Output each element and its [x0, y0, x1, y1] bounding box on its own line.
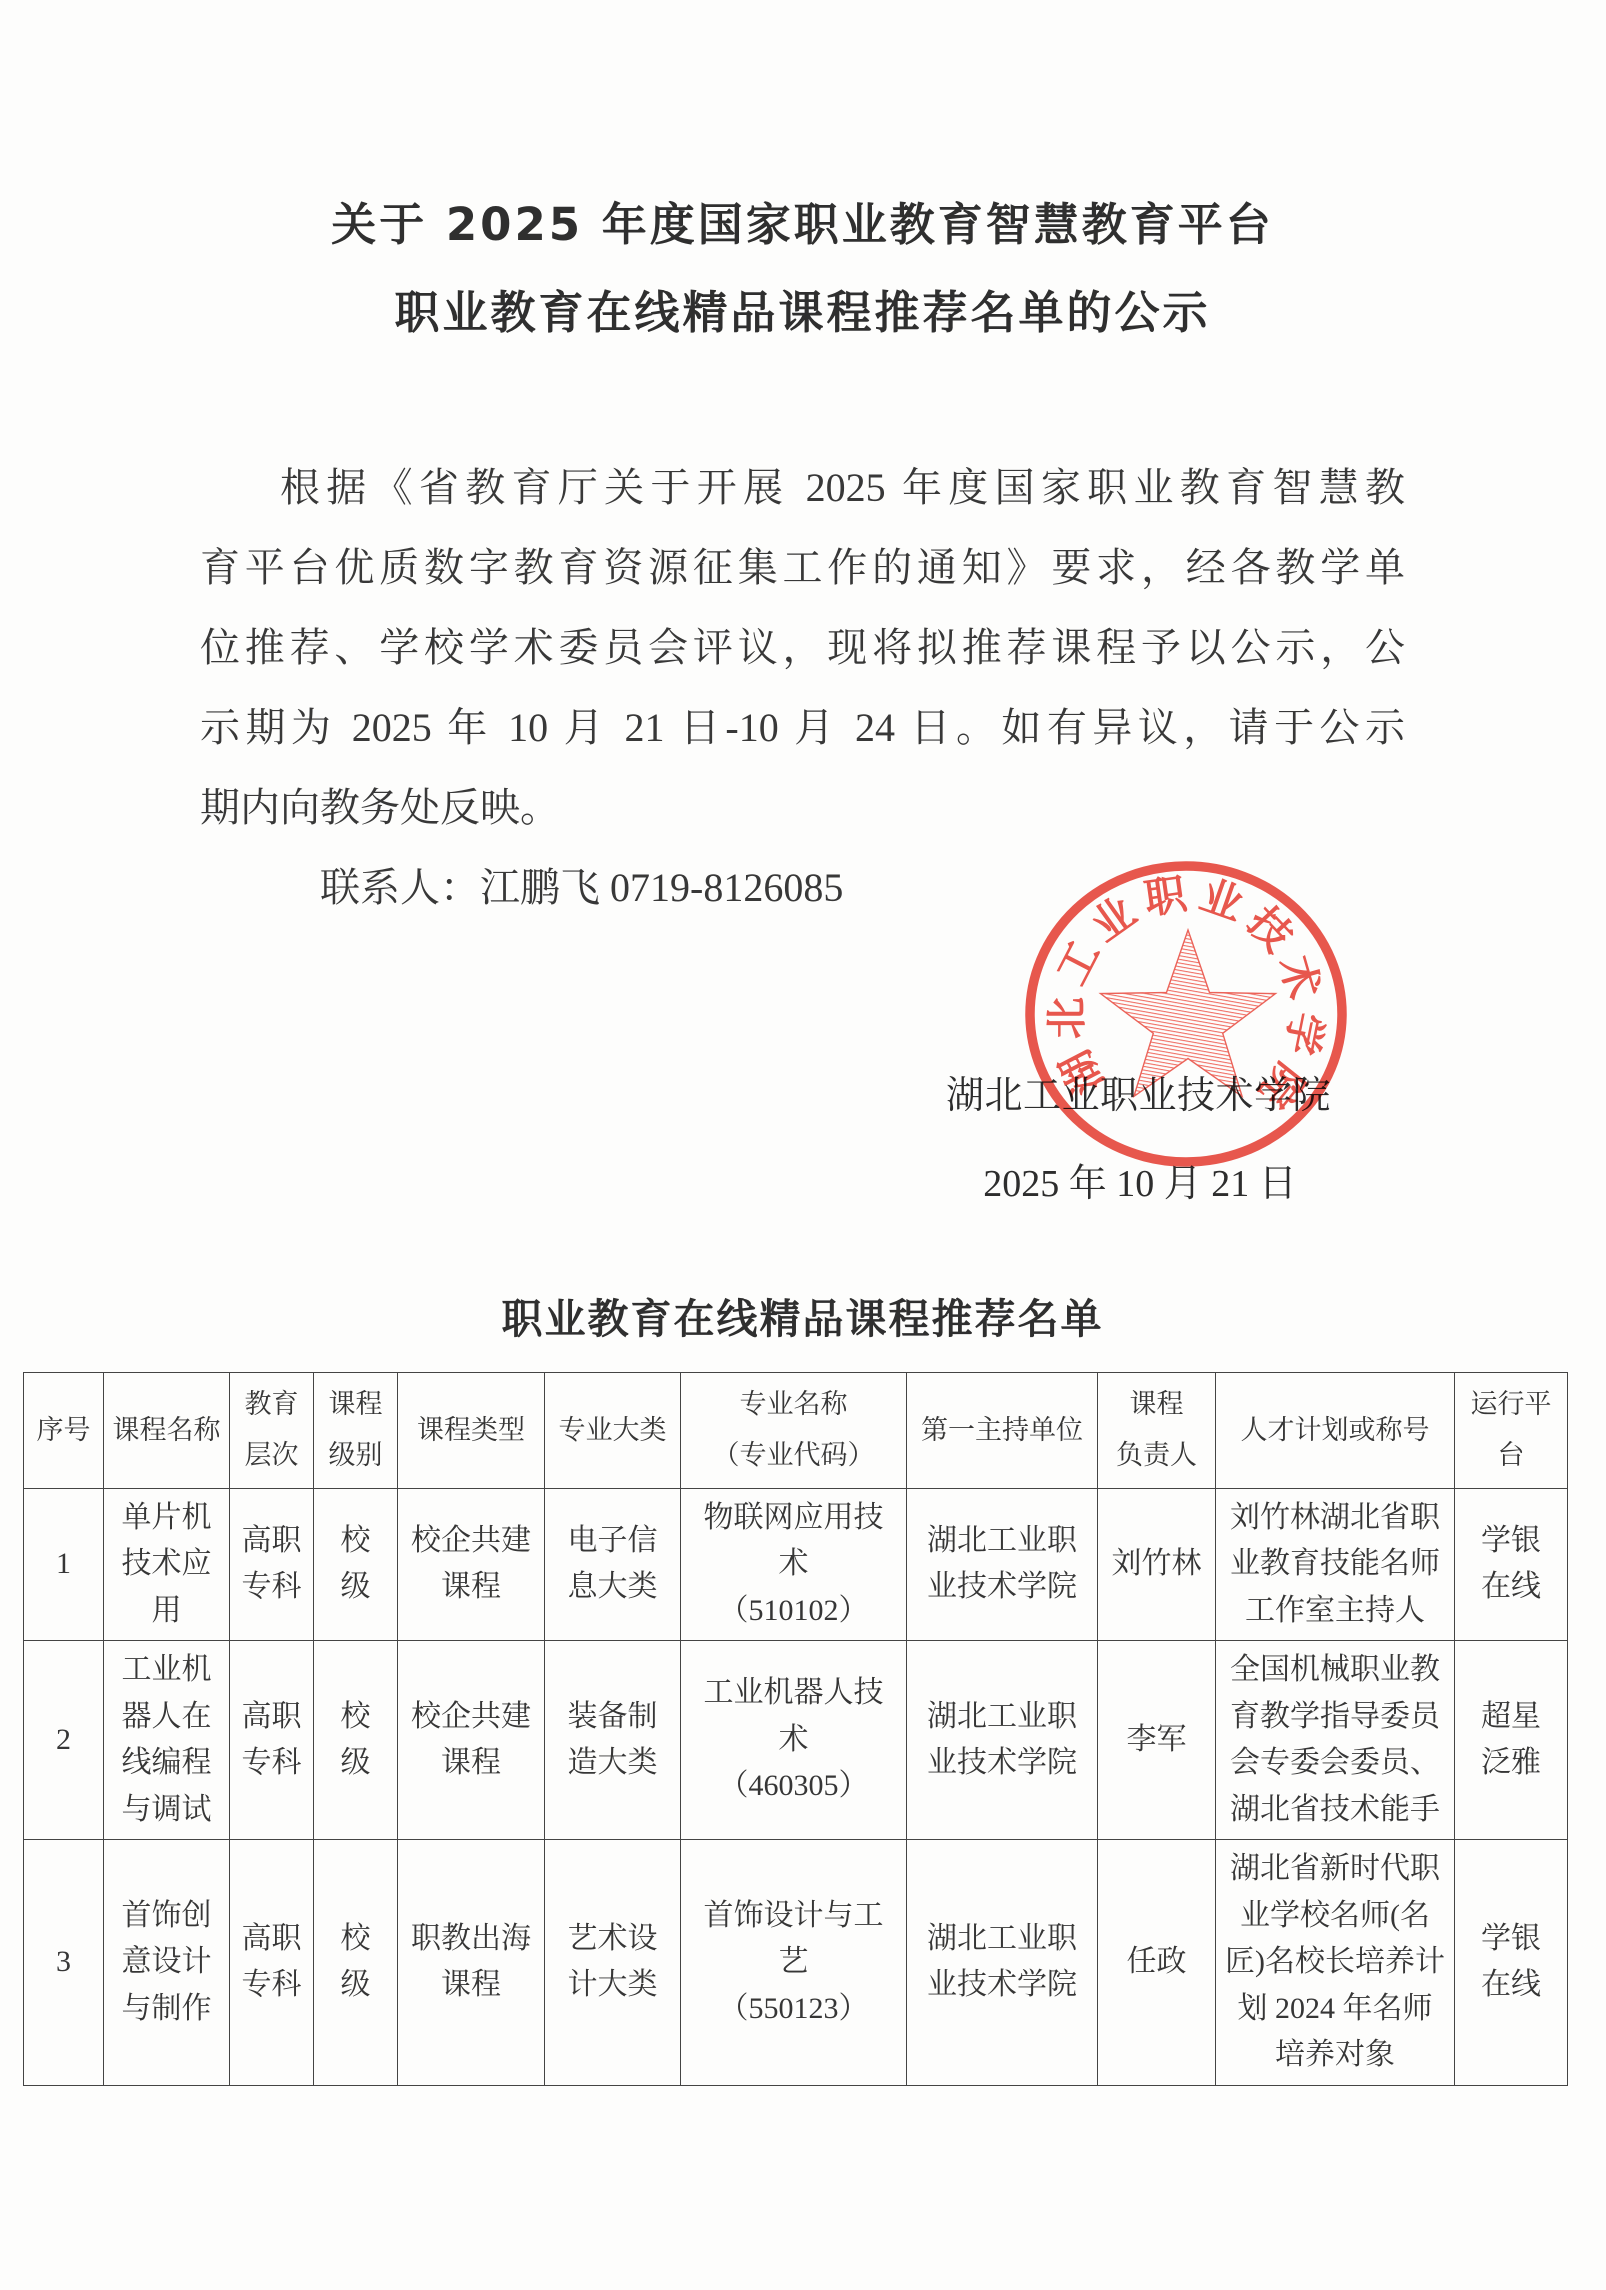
cell-edu-level: 高职专科 [230, 1840, 314, 2086]
table-row: 2 工业机器人在线编程与调试 高职专科 校 级 校企共建课程 装备制造大类 工业… [24, 1641, 1568, 1840]
cell-course-type: 职教出海课程 [398, 1840, 545, 2086]
header-course: 课程名称 [104, 1373, 230, 1489]
cell-major-group: 电子信息大类 [545, 1488, 681, 1641]
cell-course-rank: 校 级 [314, 1840, 398, 2086]
cell-course-type: 校企共建课程 [398, 1641, 545, 1840]
document-title-line2: 职业教育在线精品课程推荐名单的公示 [200, 276, 1405, 341]
header-major-name: 专业名称 （专业代码） [681, 1373, 907, 1489]
cell-seq: 3 [24, 1840, 104, 2086]
table-row: 3 首饰创意设计与制作 高职专科 校 级 职教出海课程 艺术设计大类 首饰设计与… [24, 1840, 1568, 2086]
cell-major-name: 工业机器人技术 （460305） [681, 1641, 907, 1840]
table-header-row: 序号 课程名称 教育 层次 课程 级别 课程类型 专业大类 专业名称 （专业代码… [24, 1373, 1568, 1489]
cell-platform: 学银 在线 [1455, 1488, 1568, 1641]
cell-major-name: 首饰设计与工艺 （550123） [681, 1840, 907, 2086]
issuer-signature: 湖北工业职业技术学院 [946, 1064, 1318, 1119]
body-line: 期内向教务处反映。 [200, 768, 1405, 848]
cell-host-unit: 湖北工业职业技术学院 [907, 1641, 1098, 1840]
course-table: 序号 课程名称 教育 层次 课程 级别 课程类型 专业大类 专业名称 （专业代码… [23, 1372, 1568, 2086]
header-platform: 运行平台 [1455, 1373, 1568, 1489]
cell-major-name: 物联网应用技术 （510102） [681, 1488, 907, 1641]
official-seal: 湖北工业职业技术学院 [1021, 855, 1351, 1173]
document-page: 关于 2025 年度国家职业教育智慧教育平台 职业教育在线精品课程推荐名单的公示… [0, 0, 1606, 2290]
cell-edu-level: 高职专科 [230, 1641, 314, 1840]
cell-leader: 刘竹林 [1098, 1488, 1216, 1641]
cell-course-type: 校企共建课程 [398, 1488, 545, 1641]
cell-talent: 全国机械职业教育教学指导委员会专委会委员、湖北省技术能手 [1216, 1641, 1455, 1840]
body-line: 位推荐、学校学术委员会评议，现将拟推荐课程予以公示，公 [200, 608, 1405, 688]
cell-leader: 李军 [1098, 1641, 1216, 1840]
cell-host-unit: 湖北工业职业技术学院 [907, 1488, 1098, 1641]
header-talent: 人才计划或称号 [1216, 1373, 1455, 1489]
cell-seq: 2 [24, 1641, 104, 1840]
cell-course: 单片机技术应用 [104, 1488, 230, 1641]
header-edu-level: 教育 层次 [230, 1373, 314, 1489]
body-line: 根据《省教育厅关于开展 2025 年度国家职业教育智慧教 [200, 448, 1405, 528]
issue-date: 2025 年 10 月 21 日 [980, 1152, 1300, 1207]
body-line: 示期为 2025 年 10 月 21 日-10 月 24 日。如有异议，请于公示 [200, 688, 1405, 768]
cell-course-rank: 校 级 [314, 1641, 398, 1840]
cell-host-unit: 湖北工业职业技术学院 [907, 1840, 1098, 2086]
table-title: 职业教育在线精品课程推荐名单 [200, 1286, 1405, 1345]
header-host-unit: 第一主持单位 [907, 1373, 1098, 1489]
header-seq: 序号 [24, 1373, 104, 1489]
document-title-line1: 关于 2025 年度国家职业教育智慧教育平台 [200, 188, 1405, 253]
cell-platform: 超星 泛雅 [1455, 1641, 1568, 1840]
cell-course: 首饰创意设计与制作 [104, 1840, 230, 2086]
cell-talent: 湖北省新时代职业学校名师(名匠)名校长培养计划 2024 年名师培养对象 [1216, 1840, 1455, 2086]
cell-course-rank: 校 级 [314, 1488, 398, 1641]
body-line: 育平台优质数字教育资源征集工作的通知》要求，经各教学单 [200, 528, 1405, 608]
cell-leader: 任政 [1098, 1840, 1216, 2086]
cell-edu-level: 高职专科 [230, 1488, 314, 1641]
cell-course: 工业机器人在线编程与调试 [104, 1641, 230, 1840]
cell-seq: 1 [24, 1488, 104, 1641]
cell-talent: 刘竹林湖北省职业教育技能名师工作室主持人 [1216, 1488, 1455, 1641]
cell-major-group: 装备制造大类 [545, 1641, 681, 1840]
header-major-group: 专业大类 [545, 1373, 681, 1489]
header-course-type: 课程类型 [398, 1373, 545, 1489]
cell-platform: 学银 在线 [1455, 1840, 1568, 2086]
header-course-rank: 课程 级别 [314, 1373, 398, 1489]
cell-major-group: 艺术设计大类 [545, 1840, 681, 2086]
header-leader: 课程 负责人 [1098, 1373, 1216, 1489]
table-row: 1 单片机技术应用 高职专科 校 级 校企共建课程 电子信息大类 物联网应用技术… [24, 1488, 1568, 1641]
